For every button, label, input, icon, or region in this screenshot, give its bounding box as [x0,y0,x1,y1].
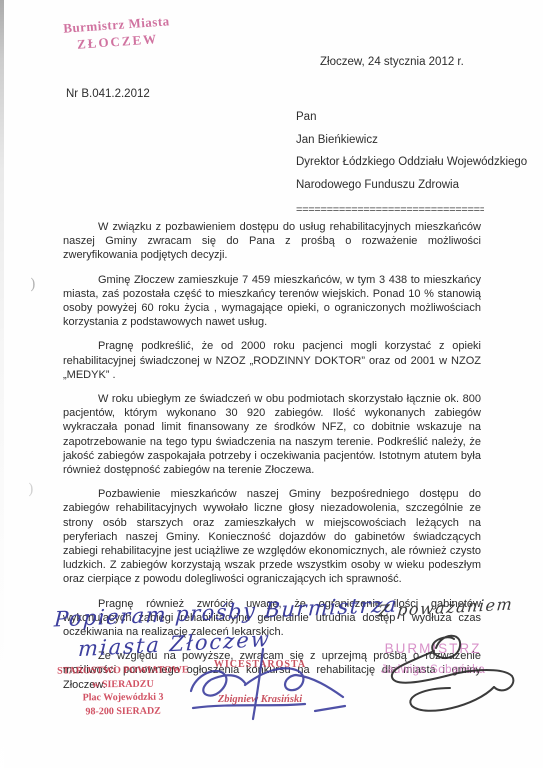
recipient-salutation: Pan [296,106,527,129]
paragraph: W roku ubiegłym ze świadczeń w obu podmi… [63,392,481,477]
paragraph: W związku z pozbawieniem dostępu do usłu… [63,220,481,263]
burmistrz-signature-ink [364,624,529,726]
starostwo-stamp-line3: Plac Wojewódzki 3 [48,690,198,705]
starostwo-stamp-line1: STAROSTWO POWIATOWE [48,663,198,678]
recipient-institution: Narodowego Funduszu Zdrowia [296,174,527,197]
punch-hole-mark: ) [30,275,36,293]
scanned-letter-page: ) ) Burmistrz Miasta ZŁOCZEW Złoczew, 24… [0,0,543,768]
punch-hole-mark: ) [28,480,34,498]
recipient-title: Dyrektor Łódzkiego Oddziału Wojewódzkieg… [296,151,527,174]
paragraph: Pragnę podkreślić, że od 2000 roku pacje… [63,339,481,382]
date-line: Złoczew, 24 stycznia 2012 r. [320,56,464,68]
sender-stamp: Burmistrz Miasta ZŁOCZEW [51,12,183,55]
reference-number: Nr B.041.2.2012 [66,88,150,100]
paragraph: Gminę Złoczew zamieszkuje 7 459 mieszkań… [63,273,481,330]
starostwo-stamp-line4: 98-200 SIERADZ [48,704,198,719]
starostwo-stamp-line2: w SIERADZU [48,677,198,692]
scan-edge-shadow [0,0,4,768]
starostwo-address-stamp: STAROSTWO POWIATOWE w SIERADZU Plac Woje… [48,663,198,718]
recipient-name: Jan Bieńkiewicz [296,129,527,152]
recipient-block: Pan Jan Bieńkiewicz Dyrektor Łódzkiego O… [296,106,527,222]
paragraph: Pozbawienie mieszkańców naszej Gminy bez… [63,487,481,586]
wicestarosta-signature-ink [183,645,351,729]
recipient-separator: ==================================== [296,199,484,222]
